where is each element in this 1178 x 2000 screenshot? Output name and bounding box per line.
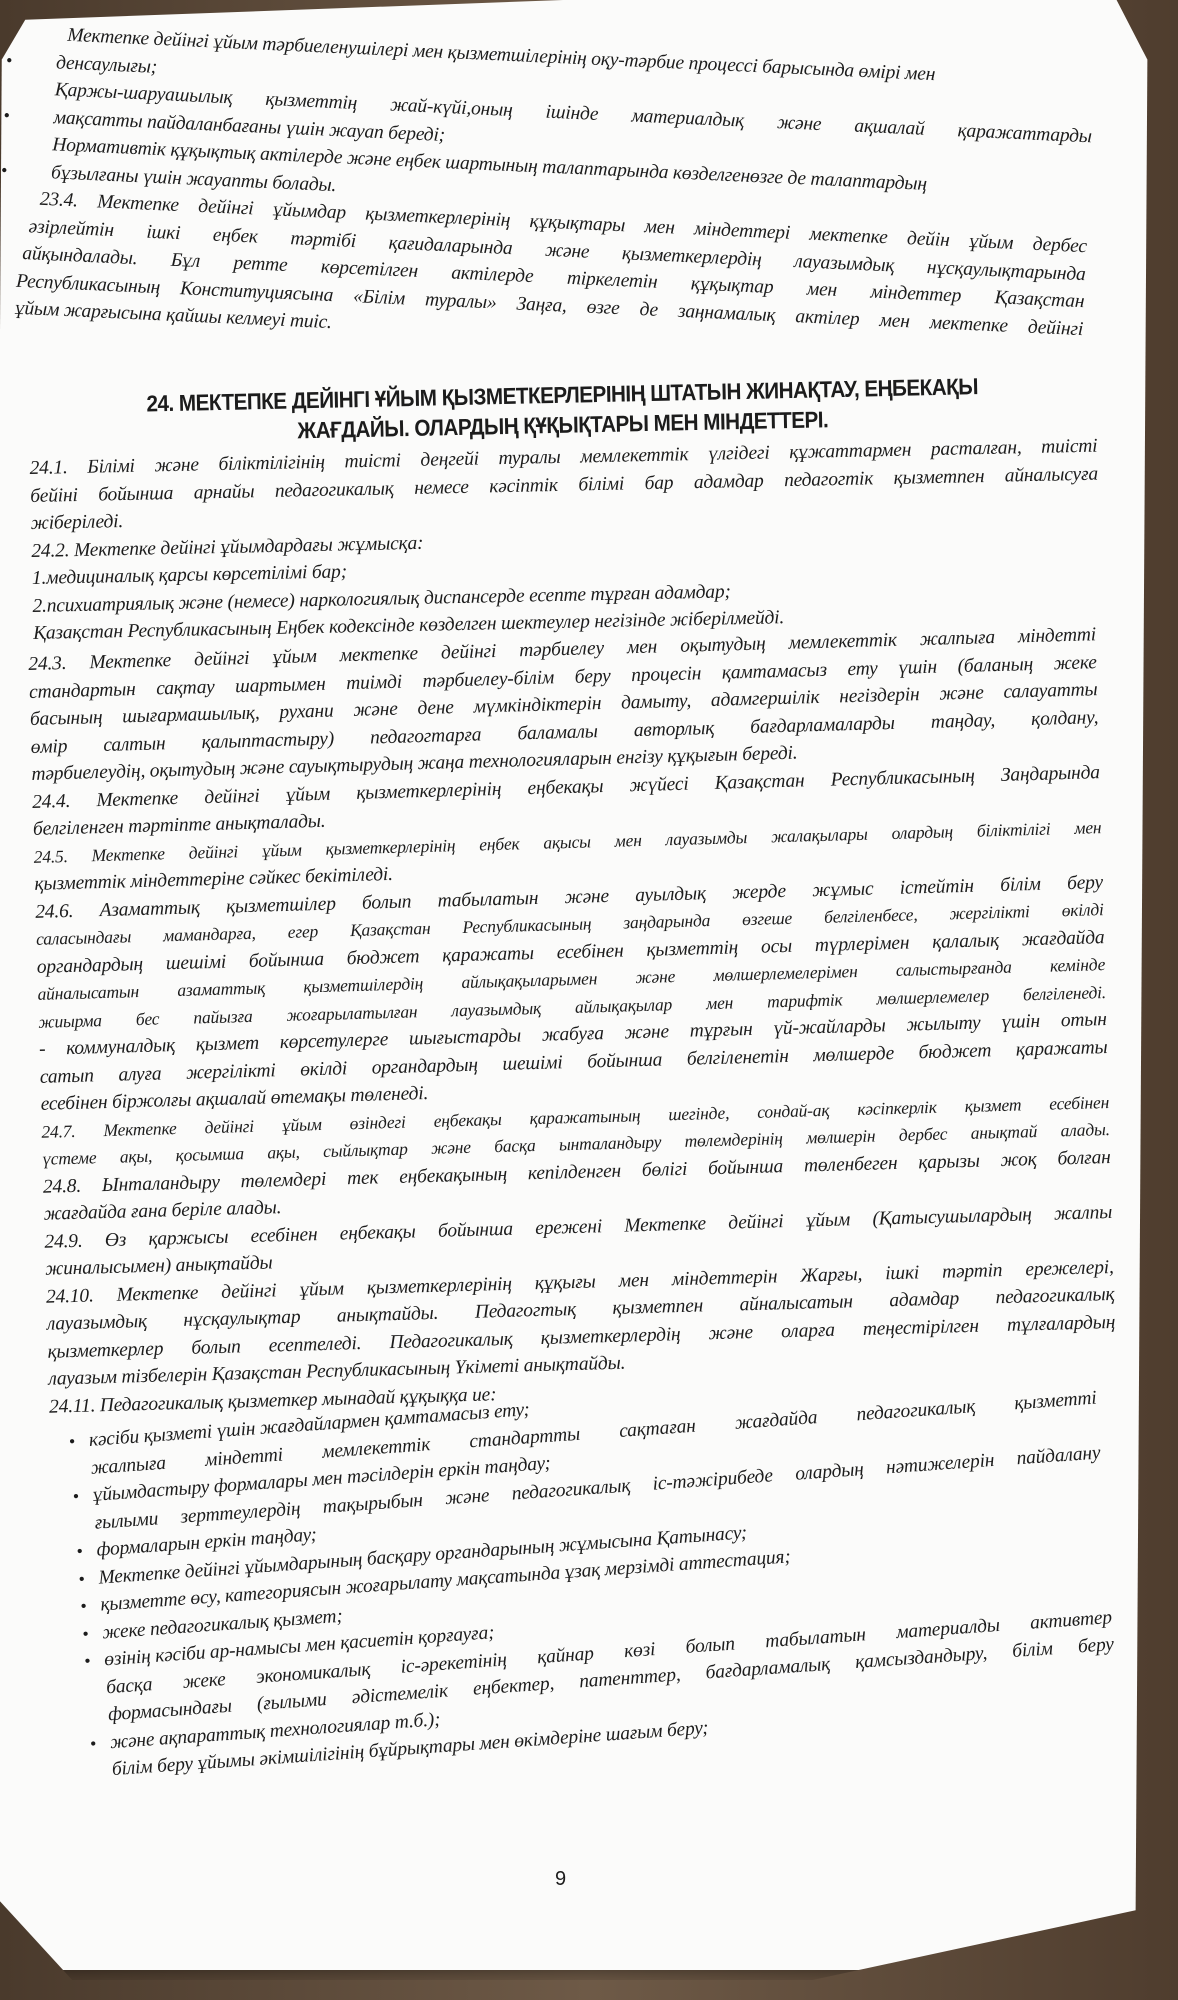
rights-list: кәсіби қызметі үшін жағдайлармен қамтама… bbox=[88, 1357, 1118, 1784]
page-number: 9 bbox=[555, 1868, 566, 1891]
body-block: 24.3. Мектепке дейінгі ұйым мектепке дей… bbox=[28, 621, 1117, 1421]
document-content: Мектепке дейінгі ұйым тәрбиеленушілері м… bbox=[28, 20, 1096, 1785]
section-block: 24. МЕКТЕПКЕ ДЕЙІНГІ ҰЙЫМ ҚЫЗМЕТКЕРЛЕРІН… bbox=[28, 368, 1101, 647]
intro-block: Мектепке дейінгі ұйым тәрбиеленушілері м… bbox=[14, 20, 1095, 371]
